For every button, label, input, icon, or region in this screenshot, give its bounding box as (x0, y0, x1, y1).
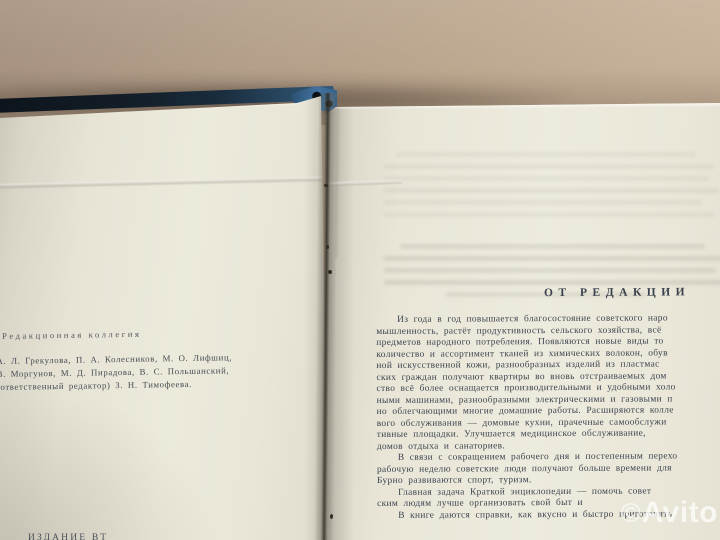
binding-stitch (328, 270, 332, 274)
editorial-board-block: Редакционная коллегия А. Л. Грекулова, П… (0, 327, 233, 394)
bleed-through-line (384, 200, 702, 205)
book-photo: Редакционная коллегия А. Л. Грекулова, П… (0, 0, 720, 540)
avito-watermark: © Avito (621, 496, 718, 530)
bleed-through-line (384, 280, 720, 285)
bleed-through-line (384, 176, 709, 181)
editorial-board-label: Редакционная коллегия (2, 327, 232, 341)
copyright-icon: © (621, 498, 641, 529)
editorial-board-names: (ответственный редактор) З. Н. Тимофеева… (0, 377, 233, 394)
bleed-through-line (384, 212, 714, 217)
page-heading: ОТ РЕДАКЦИИ (544, 286, 720, 299)
body-text-line: рабочую неделю советские люди получают б… (377, 463, 720, 476)
bleed-through-line (396, 152, 696, 157)
binding-stitch (326, 245, 329, 249)
binding-stitch (330, 514, 333, 519)
body-text: Из года в год повышается благосостояние … (376, 313, 720, 522)
page-gutter (314, 93, 338, 540)
from-the-editors-section: ОТ РЕДАКЦИИ Из года в год повышается бла… (376, 286, 720, 522)
bleed-through-line (384, 268, 716, 273)
bleed-through-line (400, 244, 705, 249)
binding-stitch (324, 184, 328, 187)
bleed-through-line (384, 256, 720, 261)
bleed-through-line (384, 164, 714, 169)
edition-note-fragment: ИЗДАНИЕ ВТ (28, 533, 108, 540)
left-page-crease (0, 177, 322, 189)
body-text-line: но облегчающими многие домашние работы. … (377, 405, 720, 418)
watermark-label: Avito (642, 496, 718, 530)
bleed-through-line (384, 188, 719, 193)
